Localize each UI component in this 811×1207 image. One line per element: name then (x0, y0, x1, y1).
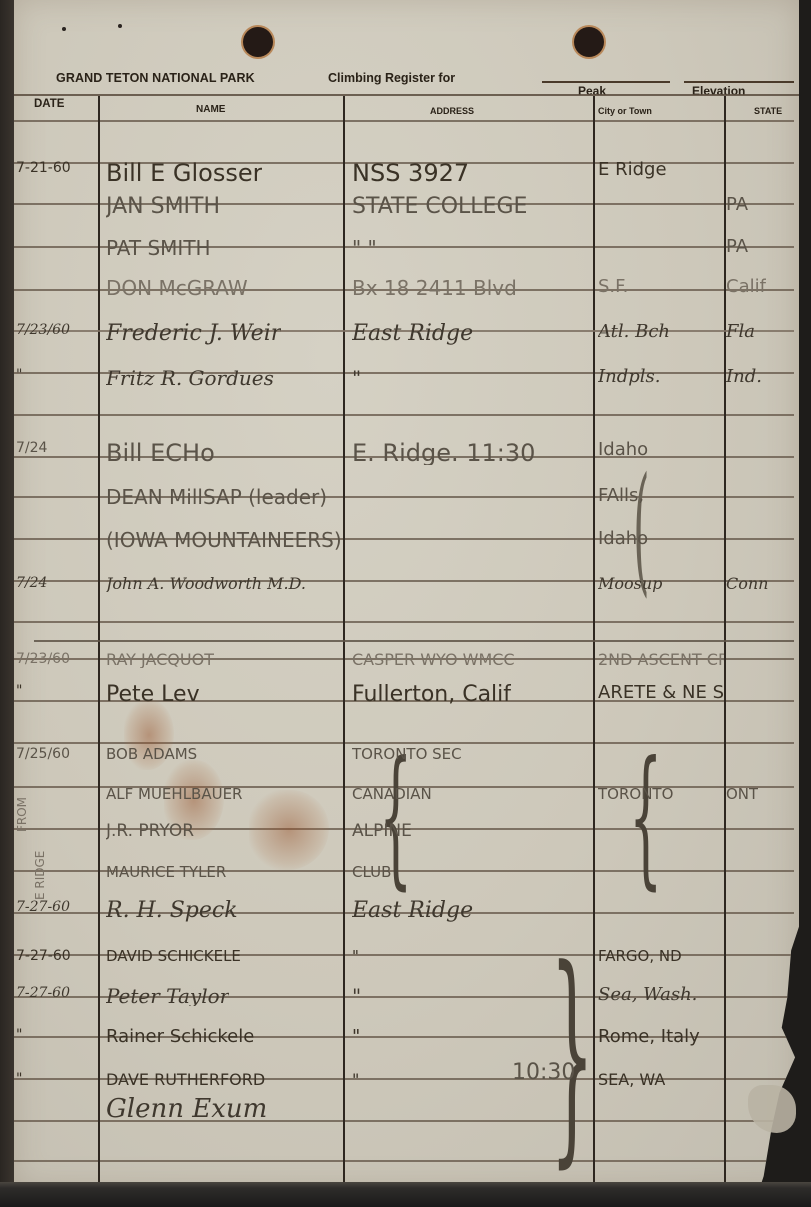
entry-date: 7-27-60 (16, 986, 70, 1000)
brace: { (629, 742, 662, 892)
entry-address: East Ridge (352, 323, 473, 345)
entry-state: ONT (726, 787, 758, 802)
entry-date: 7/23/60 (16, 652, 70, 666)
entry-date: " (16, 1072, 22, 1086)
ruled-line (14, 1160, 794, 1162)
entry-name: DEAN MillSAP (leader) (106, 487, 327, 507)
entry-date: 7-21-60 (16, 161, 71, 175)
entry-city: Rome, Italy (598, 1028, 700, 1046)
entry-date: 7/25/60 (16, 747, 70, 761)
frame-left-edge (0, 0, 14, 1207)
entry-state: Calif (726, 278, 766, 296)
entry-name: Bill E Glosser (106, 161, 262, 185)
entry-address: CANADIAN (352, 787, 432, 802)
entry-address: NSS 3927 (352, 161, 469, 185)
entry-state: Ind. (726, 368, 762, 386)
entry-name: MAURICE TYLER (106, 865, 226, 880)
entry-city: Indpls. (598, 368, 660, 386)
entry-name: DAVE RUTHERFORD (106, 1072, 265, 1088)
entry-address: " (352, 368, 361, 388)
ruled-line (14, 120, 794, 122)
entry-address: " (352, 1072, 359, 1088)
entry-name: Fritz R. Gordues (106, 368, 274, 388)
entry-address: E. Ridge. 11:30 (352, 441, 535, 465)
entry-city: Idaho (598, 441, 648, 459)
entry-city: Idaho (598, 530, 648, 548)
entry-name: DON McGRAW (106, 278, 248, 298)
entry-name: J.R. PRYOR (106, 823, 194, 840)
entry-address: Fullerton, Calif (352, 684, 511, 706)
entry-name: R. H. Speck (106, 900, 238, 922)
ruled-line (14, 414, 794, 416)
entry-address: CASPER WYO WMCC (352, 652, 515, 668)
entry-name: ALF MUEHLBAUER (106, 787, 242, 802)
entry-city: 2ND ASCENT CRESCENT (598, 652, 724, 668)
entry-address: ALPINE (352, 823, 412, 840)
entry-address: Bx 18 2411 Blvd (352, 278, 517, 298)
entry-name: Glenn Exum (106, 1096, 267, 1122)
col-name: NAME (196, 104, 225, 115)
col-city: City or Town (598, 106, 652, 116)
ruled-line (14, 621, 794, 623)
register-sheet: GRAND TETON NATIONAL PARK Climbing Regis… (14, 0, 799, 1188)
elevation-blank (684, 81, 794, 83)
entry-address: STATE COLLEGE (352, 196, 527, 218)
header-rule (14, 94, 799, 96)
entry-name: Rainer Schickele (106, 1028, 254, 1046)
entry-state: Conn (726, 576, 768, 592)
entry-name: (IOWA MOUNTAINEERS) (106, 530, 341, 550)
entry-name: JAN SMITH (106, 196, 220, 218)
entry-address: " (352, 1028, 360, 1046)
entry-address: " (352, 986, 361, 1006)
stain (249, 790, 329, 870)
entry-date: " (16, 1028, 22, 1042)
entry-name: Peter Taylor (106, 986, 229, 1006)
entry-address: " " (352, 238, 377, 258)
entry-name: RAY JACQUOT (106, 652, 214, 668)
side-note: E RIDGE (34, 851, 46, 900)
pinhole (118, 24, 122, 28)
brace: } (550, 940, 594, 1170)
frame-bottom-edge (0, 1182, 811, 1207)
entry-name: DAVID SCHICKELE (106, 949, 241, 964)
entry-date: 7/23/60 (16, 323, 70, 337)
binder-hole (243, 27, 273, 57)
entry-name: John A. Woodworth M.D. (106, 576, 306, 592)
entry-city: S.F. (598, 278, 628, 296)
side-note: FROM (16, 797, 28, 832)
entry-city: Sea, Wash. (598, 986, 697, 1004)
entry-city: E Ridge (598, 161, 667, 179)
entry-date: 7/24 (16, 576, 47, 590)
entry-address: CLUB (352, 865, 391, 880)
col-state: STATE (754, 106, 782, 116)
entry-name: PAT SMITH (106, 238, 211, 258)
entry-name: Bill ECHo (106, 441, 215, 465)
entry-city: Atl. Bch (598, 323, 670, 341)
park-name: GRAND TETON NATIONAL PARK (56, 71, 255, 85)
entry-city: Moosup (598, 576, 662, 592)
entry-address: " (352, 949, 359, 964)
entry-state: Fla (726, 323, 755, 341)
peak-blank (542, 81, 670, 83)
entry-date: " (16, 368, 22, 382)
entry-name: Frederic J. Weir (106, 323, 281, 345)
entry-date: 7-27-60 (16, 949, 71, 963)
col-date: DATE (34, 98, 64, 110)
entry-city: FAlls, (598, 487, 644, 505)
entry-date: " (16, 684, 22, 698)
time-note: 10:30 (512, 1062, 575, 1084)
col-address: ADDRESS (430, 106, 474, 116)
entry-city: ARETE & NE SNOWFIELDS (598, 684, 724, 702)
entry-state: PA (726, 238, 748, 256)
section-rule (34, 640, 794, 642)
entry-state: PA (726, 196, 748, 214)
entry-date: 7-27-60 (16, 900, 70, 914)
entry-city: SEA, WA (598, 1072, 665, 1088)
entry-address: TORONTO SEC (352, 747, 462, 762)
entry-name: Pete Lev (106, 684, 200, 706)
entry-date: 7/24 (16, 441, 47, 455)
entry-city: TORONTO (598, 787, 673, 802)
entry-address: East Ridge (352, 900, 473, 922)
binder-hole (574, 27, 604, 57)
entry-city: FARGO, ND (598, 949, 682, 964)
pinhole (62, 27, 66, 31)
entry-name: BOB ADAMS (106, 747, 197, 762)
register-label: Climbing Register for (328, 71, 455, 85)
